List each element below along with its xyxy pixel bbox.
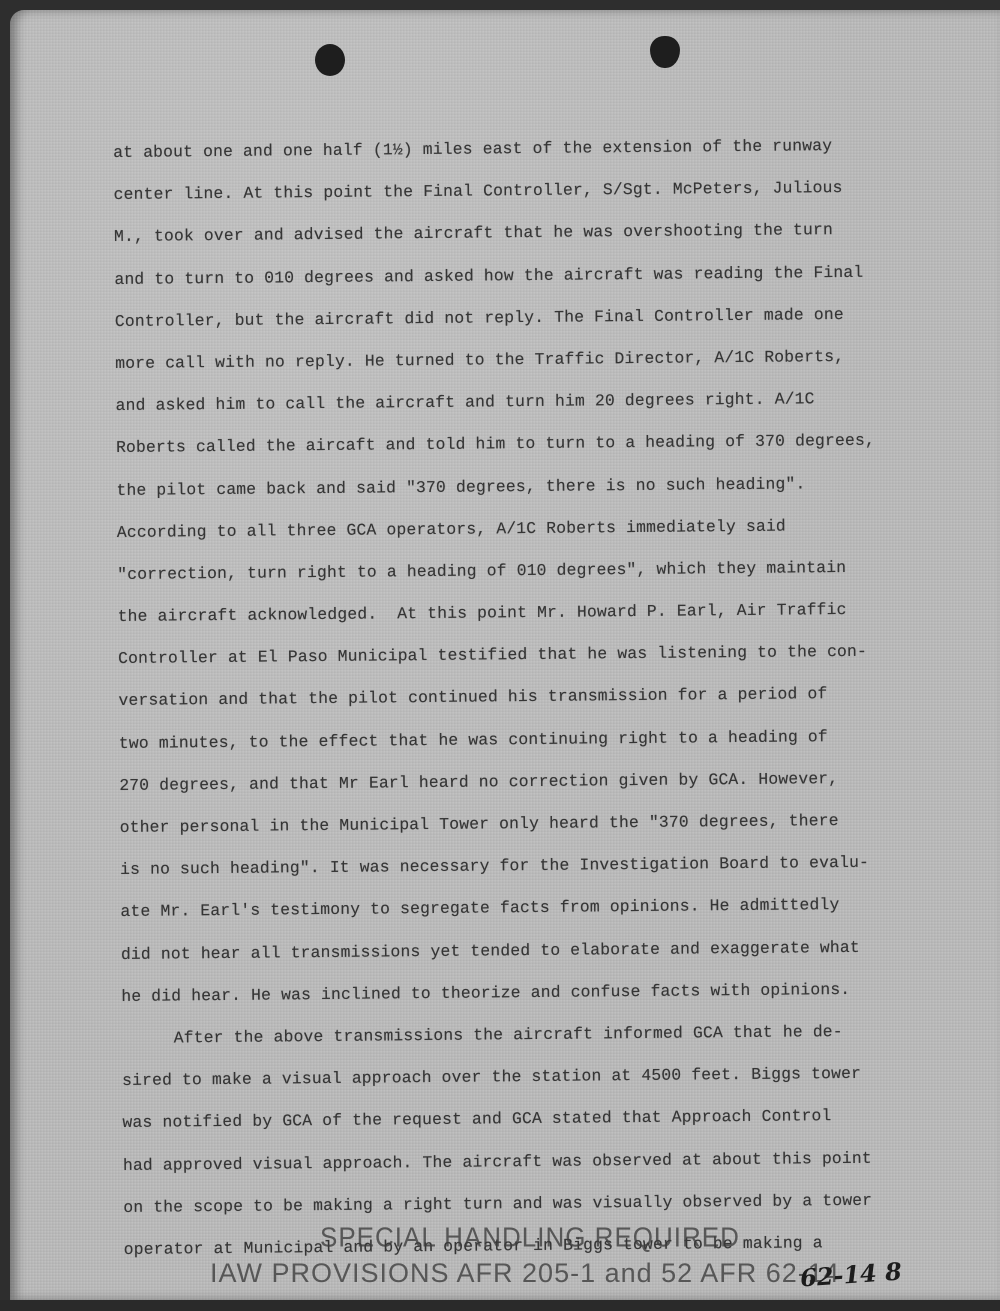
document-page: at about one and one half (1½) miles eas…: [10, 10, 1000, 1300]
scanned-document-frame: at about one and one half (1½) miles eas…: [0, 0, 1000, 1311]
handling-stamp-line-1: SPECIAL HANDLING REQUIRED: [320, 1221, 740, 1254]
handling-stamp-line-2: IAW PROVISIONS AFR 205-1 and 52 AFR 62-1…: [210, 1258, 840, 1289]
scan-bottom-border: [0, 1300, 1000, 1311]
handwritten-page-number: 62-14 8: [799, 1256, 903, 1292]
punch-hole-left: [315, 44, 345, 76]
typewritten-body: at about one and one half (1½) miles eas…: [113, 124, 924, 1271]
punch-hole-right: [650, 36, 680, 68]
